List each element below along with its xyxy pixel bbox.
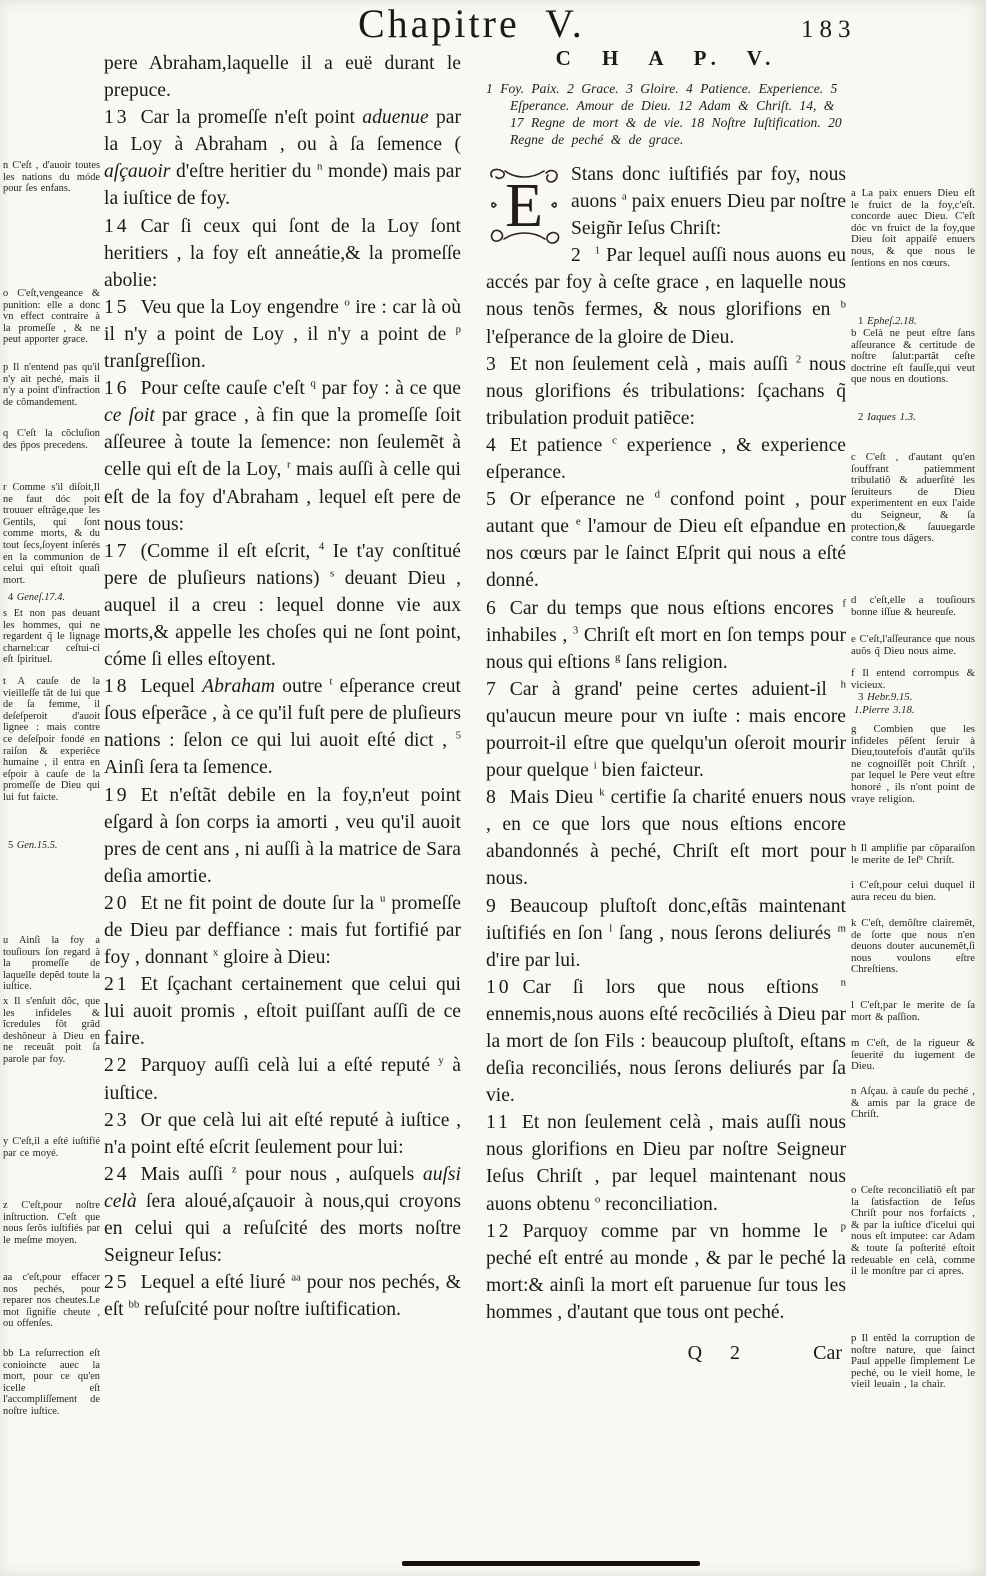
margin-note-h: h Il amplifie par cõparaiſon le merite d… (851, 843, 975, 866)
verse-paragraph: 16Pour ceſte cauſe c'eſt q par foy : à c… (104, 375, 461, 538)
verse-text: Parquoy comme par vn homme le p peché eſ… (486, 1221, 846, 1323)
margin-note-n: n C'eſt , d'auoir toutes les nations du … (3, 160, 100, 195)
signature-number: 2 (730, 1342, 741, 1365)
verse-paragraph: 25Lequel a eſté liuré aa pour nos pechés… (104, 1269, 461, 1323)
verse-paragraph: 13Car la promeſſe n'eſt point aduenue pa… (104, 104, 461, 212)
verse-text: Stans donc iuſtifiés par foy, nous auons… (571, 164, 846, 239)
verse-number: 12 (486, 1221, 512, 1242)
verse-paragraph: 22Parquoy auſſi celà lui a eſté reputé y… (104, 1052, 461, 1106)
margin-ref-iaques-1-3: 2 Iaques 1.3. (858, 412, 982, 424)
verse-text: Lequel a eſté liuré aa pour nos pechés, … (104, 1272, 461, 1320)
left-text-column: pere Abraham,laquelle il a euë durant le… (104, 50, 461, 1323)
verse-text: Mais auſſi z pour nous , auſquels auſsi … (104, 1164, 461, 1266)
book-page: Chapitre V. 183 n C'eſt , d'auoir toutes… (0, 0, 986, 1576)
margin-ref-ephes-2-18: 1 Epheſ.2.18. (858, 316, 982, 328)
verse-number: 23 (104, 1110, 130, 1131)
verse-number: 14 (104, 216, 130, 237)
verse-paragraph: pere Abraham,laquelle il a euë durant le… (104, 50, 461, 104)
verse-number: 11 (486, 1112, 511, 1133)
verse-text: Mais Dieu k certifie ſa charité enuers n… (486, 787, 846, 889)
margin-note-p2: p Il entẽd la corruption de noſtre natur… (851, 1333, 975, 1391)
verse-text: Car ſi ceux qui ſont de la Loy ſont heri… (104, 216, 461, 291)
verse-number: 4 (486, 435, 499, 456)
verse-text: Et non ſeulement celà , mais auſſi nous … (486, 1112, 846, 1214)
verse-number: 6 (486, 598, 499, 619)
verse-number: 10 (486, 977, 512, 998)
margin-note-y: y C'eſt,il a eſté iuſtifié par ce moyé. (3, 1136, 100, 1159)
verse-number: 9 (486, 896, 499, 917)
verse-number: 3 (486, 354, 499, 375)
verse-text: Car à grand' peine certes aduient-il h q… (486, 679, 846, 781)
verse-number: 21 (104, 974, 130, 995)
drop-cap-letter: E (505, 172, 543, 240)
verse-text: Or eſperance ne d confond point , pour a… (486, 489, 846, 591)
verse-paragraph: 15Veu que la Loy engendre o ire : car là… (104, 294, 461, 375)
margin-note-aa: aa c'eſt,pour effacer nos pechés, pour r… (3, 1272, 100, 1330)
verse-text: Et ſçachant certainement que celui qui l… (104, 974, 461, 1049)
margin-note-u: u Ainſi la foy a touſiours ſon regard à … (3, 935, 100, 993)
verse-text: (Comme il eſt eſcrit, 4 Ie t'ay conſtitu… (104, 541, 461, 670)
verse-text: Et patience c experience , & experience … (486, 435, 846, 483)
verse-paragraph: 18Lequel Abraham outre t eſperance creut… (104, 673, 461, 781)
verse-paragraph-1: E Stans donc iuſtifiés par foy, nous auo… (486, 161, 846, 242)
right-verses: 21 Par lequel auſſi nous auons eu accés … (486, 242, 846, 1326)
verse-text: Et non ſeulement celà , mais auſſi 2 nou… (486, 354, 846, 429)
signature-mark: Q (688, 1342, 702, 1365)
verse-number: 17 (104, 541, 130, 562)
verse-paragraph: 20Et ne fit point de doute ſur la u prom… (104, 890, 461, 971)
verse-number: 22 (104, 1055, 130, 1076)
margin-note-s: s Et non pas deuant les hommes, qui ne r… (3, 608, 100, 666)
verse-text: pere Abraham,laquelle il a euë durant le… (104, 53, 461, 101)
margin-note-f: f Il entend corrompus & vicieux. (851, 668, 975, 691)
verse-paragraph: 5Or eſperance ne d confond point , pour … (486, 486, 846, 594)
margin-note-c: c C'eſt , d'autant qu'en ſouffrant patie… (851, 452, 975, 545)
chapter-argument: 1 Foy. Paix. 2 Grace. 3 Gloire. 4 Patien… (486, 80, 846, 148)
verse-paragraph: 17(Comme il eſt eſcrit, 4 Ie t'ay conſti… (104, 538, 461, 673)
verse-number: 2 (571, 245, 584, 266)
verse-text: Et ne fit point de doute ſur la u promeſ… (104, 893, 461, 968)
verse-paragraph: 7Car à grand' peine certes aduient-il h … (486, 676, 846, 784)
verse-number: 16 (104, 378, 130, 399)
margin-note-r: r Comme s'il diſoit,Il ne faut dóc poit … (3, 482, 100, 586)
verse-text: Car du temps que nous eſtions encores f … (486, 598, 846, 673)
verse-text: 1 Par lequel auſſi nous auons eu accés p… (486, 245, 846, 347)
verse-paragraph: 24Mais auſſi z pour nous , auſquels auſs… (104, 1161, 461, 1269)
verse-paragraph: 14Car ſi ceux qui ſont de la Loy ſont he… (104, 213, 461, 294)
verse-paragraph: 12Parquoy comme par vn homme le p peché … (486, 1218, 846, 1326)
verse-number: 25 (104, 1272, 130, 1293)
margin-note-e: e C'eſt,l'aſſeurance que nous auõs q̃ Di… (851, 634, 975, 657)
verse-text: Car la promeſſe n'eſt point aduenue par … (104, 107, 461, 209)
margin-note-l: l C'eſt,par le merite de ſa mort & paſſi… (851, 1000, 975, 1023)
verse-number: 20 (104, 893, 130, 914)
page-number: 183 (801, 16, 857, 44)
verse-paragraph: 19Et n'eſtãt debile en la foy,n'eut poin… (104, 782, 461, 890)
catchword: Car (813, 1342, 842, 1365)
verse-number: 15 (104, 297, 130, 318)
running-title: Chapitre V. (358, 0, 585, 47)
margin-note-i: i C'eſt,pour celui duquel il aura receu … (851, 880, 975, 903)
margin-ref-hebr-9-15: 3 Hebr.9.15. (858, 692, 982, 704)
verse-number: 18 (104, 676, 130, 697)
margin-note-o: o C'eſt,vengeance & punition: elle a don… (3, 288, 100, 346)
signature-line: Q 2 Car (486, 1342, 846, 1365)
verse-paragraph: 8Mais Dieu k certifie ſa charité enuers … (486, 784, 846, 892)
verse-text: Veu que la Loy engendre o ire : car là o… (104, 297, 461, 372)
margin-note-p: p Il n'entend pas qu'il n'y ait peché, m… (3, 362, 100, 408)
verse-paragraph: 3Et non ſeulement celà , mais auſſi 2 no… (486, 351, 846, 432)
margin-note-z: z C'eſt,pour noſtre inſtruction. C'eſt q… (3, 1200, 100, 1246)
verse-text: Or que celà lui ait eſté reputé à iuſtic… (104, 1110, 461, 1158)
verse-paragraph: 10Car ſi lors que nous eſtions n ennemis… (486, 974, 846, 1109)
verse-number: 19 (104, 785, 130, 806)
verse-paragraph: 11Et non ſeulement celà , mais auſſi nou… (486, 1109, 846, 1217)
verse-text: Parquoy auſſi celà lui a eſté reputé y à… (104, 1055, 461, 1103)
right-text-column: C H A P. V. 1 Foy. Paix. 2 Grace. 3 Gloi… (486, 46, 846, 1365)
verse-paragraph: 4Et patience c experience , & experience… (486, 432, 846, 486)
verse-text: Lequel Abraham outre t eſperance creut ſ… (104, 676, 461, 778)
margin-note-a: a La paix enuers Dieu eſt le fruict de l… (851, 188, 975, 269)
margin-note-m: m C'eſt, de la rigueur & ſeuerité du iug… (851, 1038, 975, 1073)
verse-text: Beaucoup pluſtoſt donc,eſtãs maintenant … (486, 896, 846, 971)
scan-artifact-bar (402, 1561, 700, 1566)
verse-paragraph: 6Car du temps que nous eſtions encores f… (486, 595, 846, 676)
ornamental-initial-icon: E (486, 165, 562, 245)
verse-text: Car ſi lors que nous eſtions n ennemis,n… (486, 977, 846, 1106)
margin-note-q: q C'eſt la cõcluſion des p̃pos precedens… (3, 428, 100, 451)
margin-ref-1-pierre-3-18: 1.Pierre 3.18. (854, 705, 978, 717)
margin-ref-genes-17-4: 4 Geneſ.17.4. (8, 592, 105, 604)
chapter-heading: C H A P. V. (486, 46, 846, 71)
margin-note-d: d c'eſt,elle a touſiours bonne iſſue & h… (851, 595, 975, 618)
margin-note-b: b Celà ne peut eſtre ſans aſſeurance & c… (851, 328, 975, 386)
margin-note-t: t A cauſe de la vieilleſſe tãt de lui qu… (3, 676, 100, 804)
margin-note-x: x Il s'enſuit dõc, que les infideles & ĩ… (3, 996, 100, 1066)
margin-note-n2: n Aſçau. à cauſe du peché , & amis par l… (851, 1086, 975, 1121)
verse-text: Et n'eſtãt debile en la foy,n'eut point … (104, 785, 461, 887)
verse-paragraph: 23Or que celà lui ait eſté reputé à iuſt… (104, 1107, 461, 1161)
verse-paragraph: 21Et ſçachant certainement que celui qui… (104, 971, 461, 1052)
verse-number: 24 (104, 1164, 130, 1185)
verse-paragraph: 21 Par lequel auſſi nous auons eu accés … (486, 242, 846, 350)
verse-number: 8 (486, 787, 499, 808)
margin-note-g: g Combien que les infideles pẽſent ſerui… (851, 724, 975, 805)
verse-text: Pour ceſte cauſe c'eſt q par foy : à ce … (104, 378, 461, 534)
margin-ref-gen-15-5: 5 Gen.15.5. (8, 840, 105, 852)
verse-paragraph: 9Beaucoup pluſtoſt donc,eſtãs maintenant… (486, 893, 846, 974)
verse-number: 5 (486, 489, 499, 510)
margin-note-bb: bb La reſurrection eſt conioincte auec l… (3, 1348, 100, 1418)
verse-number: 7 (486, 679, 499, 700)
margin-note-k: k C'eſt, demõſtre clairemẽt, de ſorte qu… (851, 918, 975, 976)
verse-number: 13 (104, 107, 130, 128)
margin-note-o2: o Ceſte reconciliatiõ eſt par la ſatisfa… (851, 1185, 975, 1278)
